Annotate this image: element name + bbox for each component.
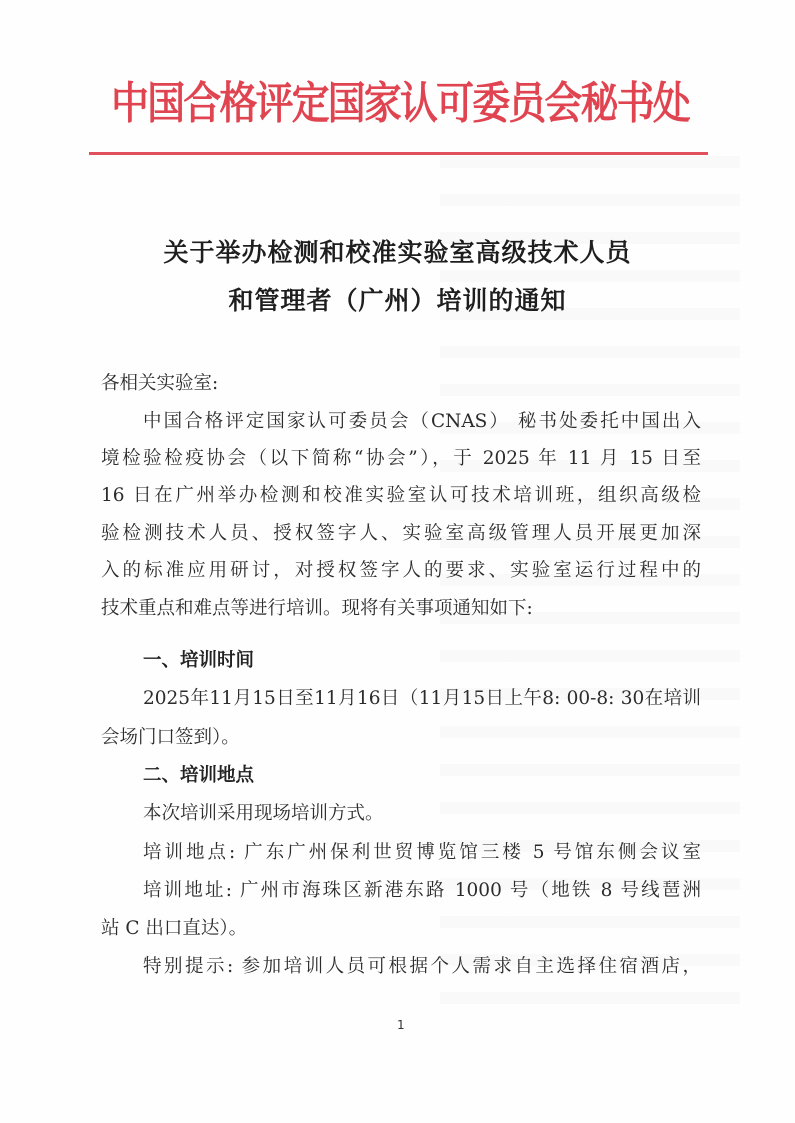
intro-line: 验检测技术人员、授权签字人、实验室高级管理人员开展更加深 [101, 522, 701, 546]
section-line: 培训地址: 广州市海珠区新港东路 1000 号（地铁 8 号线琶洲 [143, 879, 701, 903]
intro-line: 入的标准应用研讨，对授权签字人的要求、实验室运行过程中的 [101, 559, 701, 583]
notice-title-line-2: 和管理者（广州）培训的通知 [0, 281, 795, 317]
letterhead-organization: 中国合格评定国家认可委员会秘书处 [84, 76, 716, 132]
intro-line: 境检验检疫协会（以下简称“协会”），于 2025 年 11 月 15 日至 [101, 447, 701, 471]
section-line: 2025年11月15日至11月16日（11月15日上午8: 00-8: 30在培… [143, 687, 701, 711]
document-page: 中国合格评定国家认可委员会秘书处 关于举办检测和校准实验室高级技术人员 和管理者… [0, 0, 795, 1123]
section-line: 会场门口签到）。 [101, 726, 701, 750]
intro-line: 中国合格评定国家认可委员会（CNAS） 秘书处委托中国出入 [143, 410, 701, 434]
letterhead-red-rule [89, 152, 708, 155]
section-heading-training-location: 二、培训地点 [143, 764, 254, 788]
section-line: 本次培训采用现场培训方式。 [143, 802, 701, 826]
page-number: 1 [397, 1018, 405, 1032]
salutation: 各相关实验室: [101, 372, 701, 396]
section-line: 特别提示: 参加培训人员可根据个人需求自主选择住宿酒店， [143, 955, 701, 979]
section-line: 站 C 出口直达）。 [101, 917, 701, 941]
section-line: 培训地点: 广东广州保利世贸博览馆三楼 5 号馆东侧会议室 [143, 841, 701, 865]
intro-line: 技术重点和难点等进行培训。现将有关事项通知如下: [101, 597, 701, 621]
section-heading-training-time: 一、培训时间 [143, 649, 254, 673]
notice-title-line-1: 关于举办检测和校准实验室高级技术人员 [0, 233, 795, 269]
intro-line: 16 日在广州举办检测和校准实验室认可技术培训班，组织高级检 [101, 484, 701, 508]
